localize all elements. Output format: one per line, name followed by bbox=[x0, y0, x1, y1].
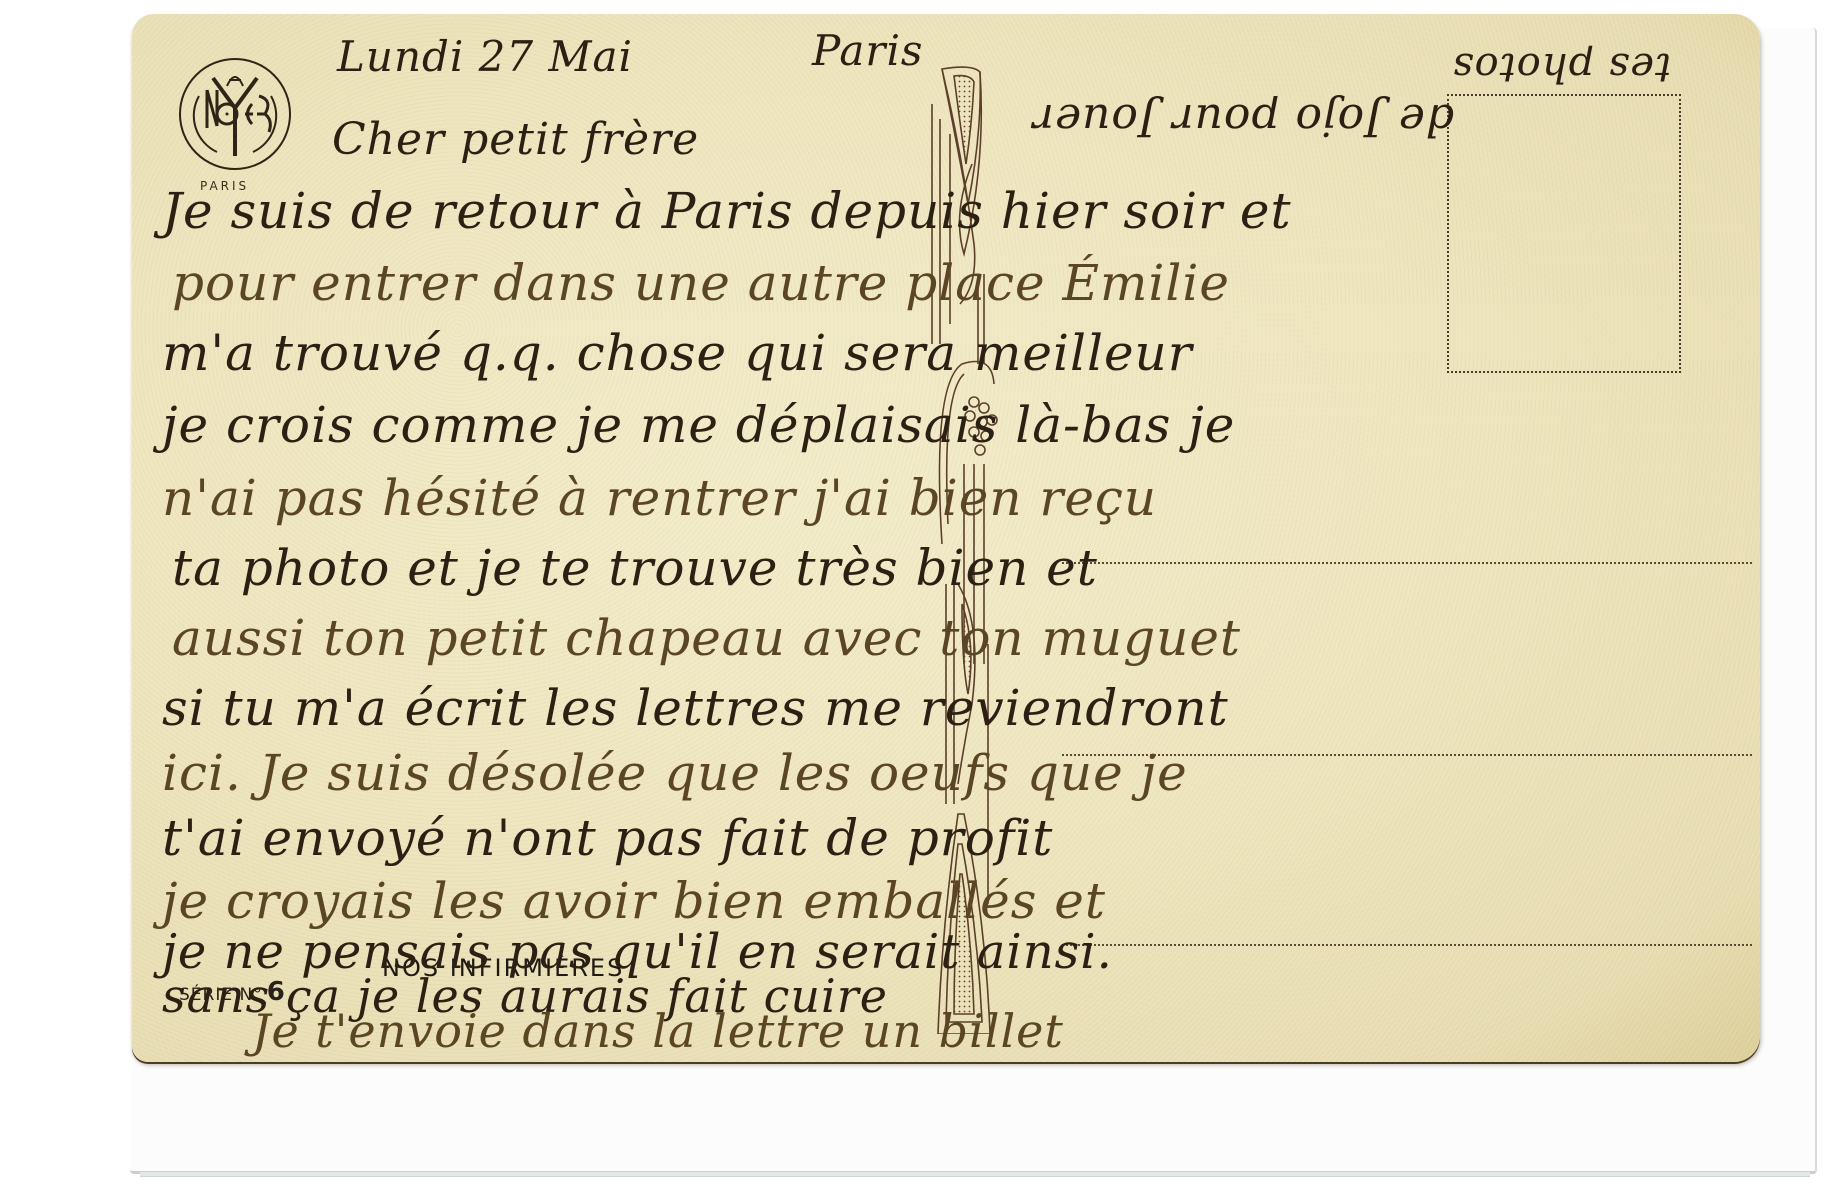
handwritten-line: m'a trouvé q.q. chose qui sera meilleur bbox=[162, 324, 1193, 382]
handwritten-date: Lundi 27 Mai bbox=[337, 32, 633, 81]
handwritten-line: ta photo et je te trouve très bien et bbox=[172, 539, 1098, 597]
mount-edge bbox=[140, 1172, 1810, 1177]
address-line-3 bbox=[1062, 944, 1752, 946]
handwritten-line: si tu m'a écrit les lettres me reviendro… bbox=[162, 679, 1229, 737]
handwritten-line: aussi ton petit chapeau avec ton muguet bbox=[172, 609, 1241, 667]
upside-down-note-line-1: tes photos bbox=[1452, 44, 1671, 90]
upside-down-note-line-2: de Jojo pour Jouer bbox=[1032, 94, 1454, 145]
handwritten-line: n'ai pas hésité à rentrer j'ai bien reçu bbox=[162, 469, 1157, 527]
handwritten-line: pour entrer dans une autre place Émilie bbox=[172, 254, 1230, 312]
stamp-placement-box bbox=[1447, 94, 1681, 373]
handwritten-line: je croyais les avoir bien emballés et bbox=[162, 872, 1106, 930]
postcard-back: PARIS bbox=[132, 14, 1760, 1062]
address-line-1 bbox=[1062, 562, 1752, 564]
noyer-monogram-icon bbox=[177, 56, 293, 172]
handwritten-line: Je suis de retour à Paris depuis hier so… bbox=[162, 182, 1292, 240]
handwritten-line: je crois comme je me déplaisais là-bas j… bbox=[162, 396, 1235, 454]
handwritten-place: Paris bbox=[812, 26, 923, 75]
handwritten-greeting: Cher petit frère bbox=[332, 114, 699, 165]
handwritten-line: t'ai envoyé n'ont pas fait de profit bbox=[162, 809, 1053, 867]
handwritten-line: Je t'envoie dans la lettre un billet bbox=[252, 1004, 1064, 1058]
handwritten-line: ici. Je suis désolée que les oeufs que j… bbox=[162, 744, 1188, 802]
